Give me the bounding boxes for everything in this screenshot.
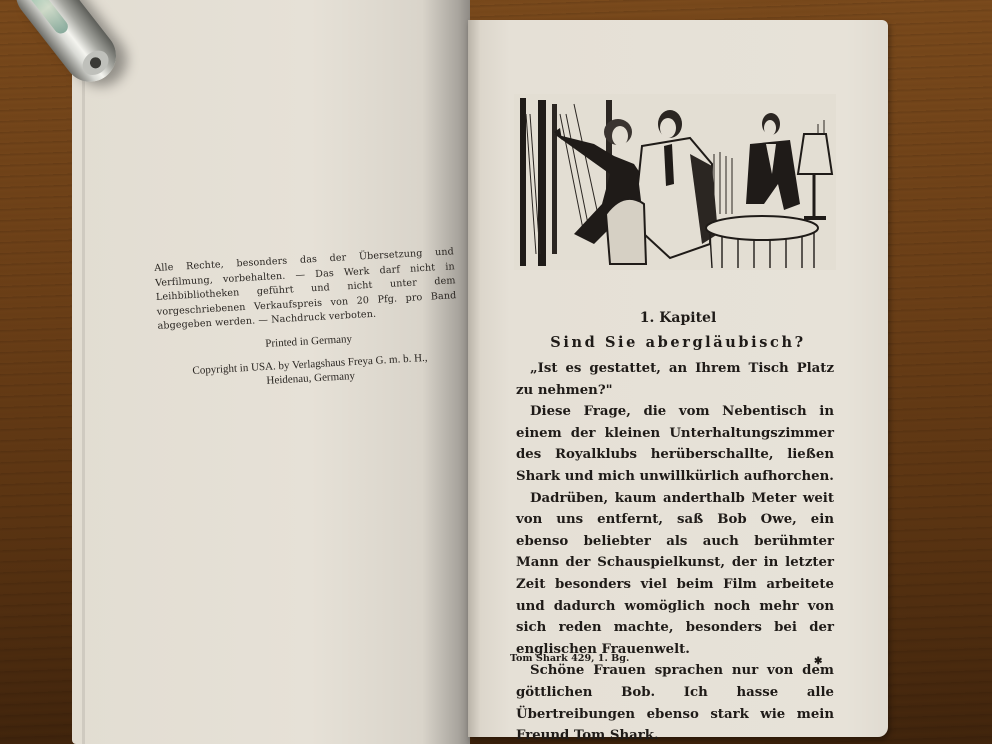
paragraph: Diese Frage, die vom Nebentisch in einem… <box>516 401 834 487</box>
printer-mark-icon: ✱ <box>814 656 822 667</box>
chapter-number: 1. Kapitel <box>468 310 888 326</box>
chapter-illustration <box>514 94 836 270</box>
chapter-title: Sind Sie abergläubisch? <box>468 334 888 351</box>
copyright-notice: Copyright in USA. by Verlagshaus Freya G… <box>160 349 461 394</box>
paragraph: „Ist es gestattet, an Ihrem Tisch Platz … <box>516 358 834 401</box>
imprint-block: Alle Rechte, besonders das der Übersetzu… <box>154 245 461 394</box>
chapter-body: „Ist es gestattet, an Ihrem Tisch Platz … <box>516 358 834 744</box>
paragraph: Schöne Frauen sprachen nur von dem göttl… <box>516 660 834 744</box>
left-page: Alle Rechte, besonders das der Übersetzu… <box>72 0 470 744</box>
rights-notice: Alle Rechte, besonders das der Übersetzu… <box>154 245 458 334</box>
paragraph: Dadrüben, kaum anderthalb Meter weit von… <box>516 488 834 661</box>
right-page: 1. Kapitel Sind Sie abergläubisch? „Ist … <box>468 20 888 737</box>
signature-mark: Tom Shark 429, 1. Bg. <box>510 653 629 664</box>
illustration-icon <box>514 94 836 270</box>
